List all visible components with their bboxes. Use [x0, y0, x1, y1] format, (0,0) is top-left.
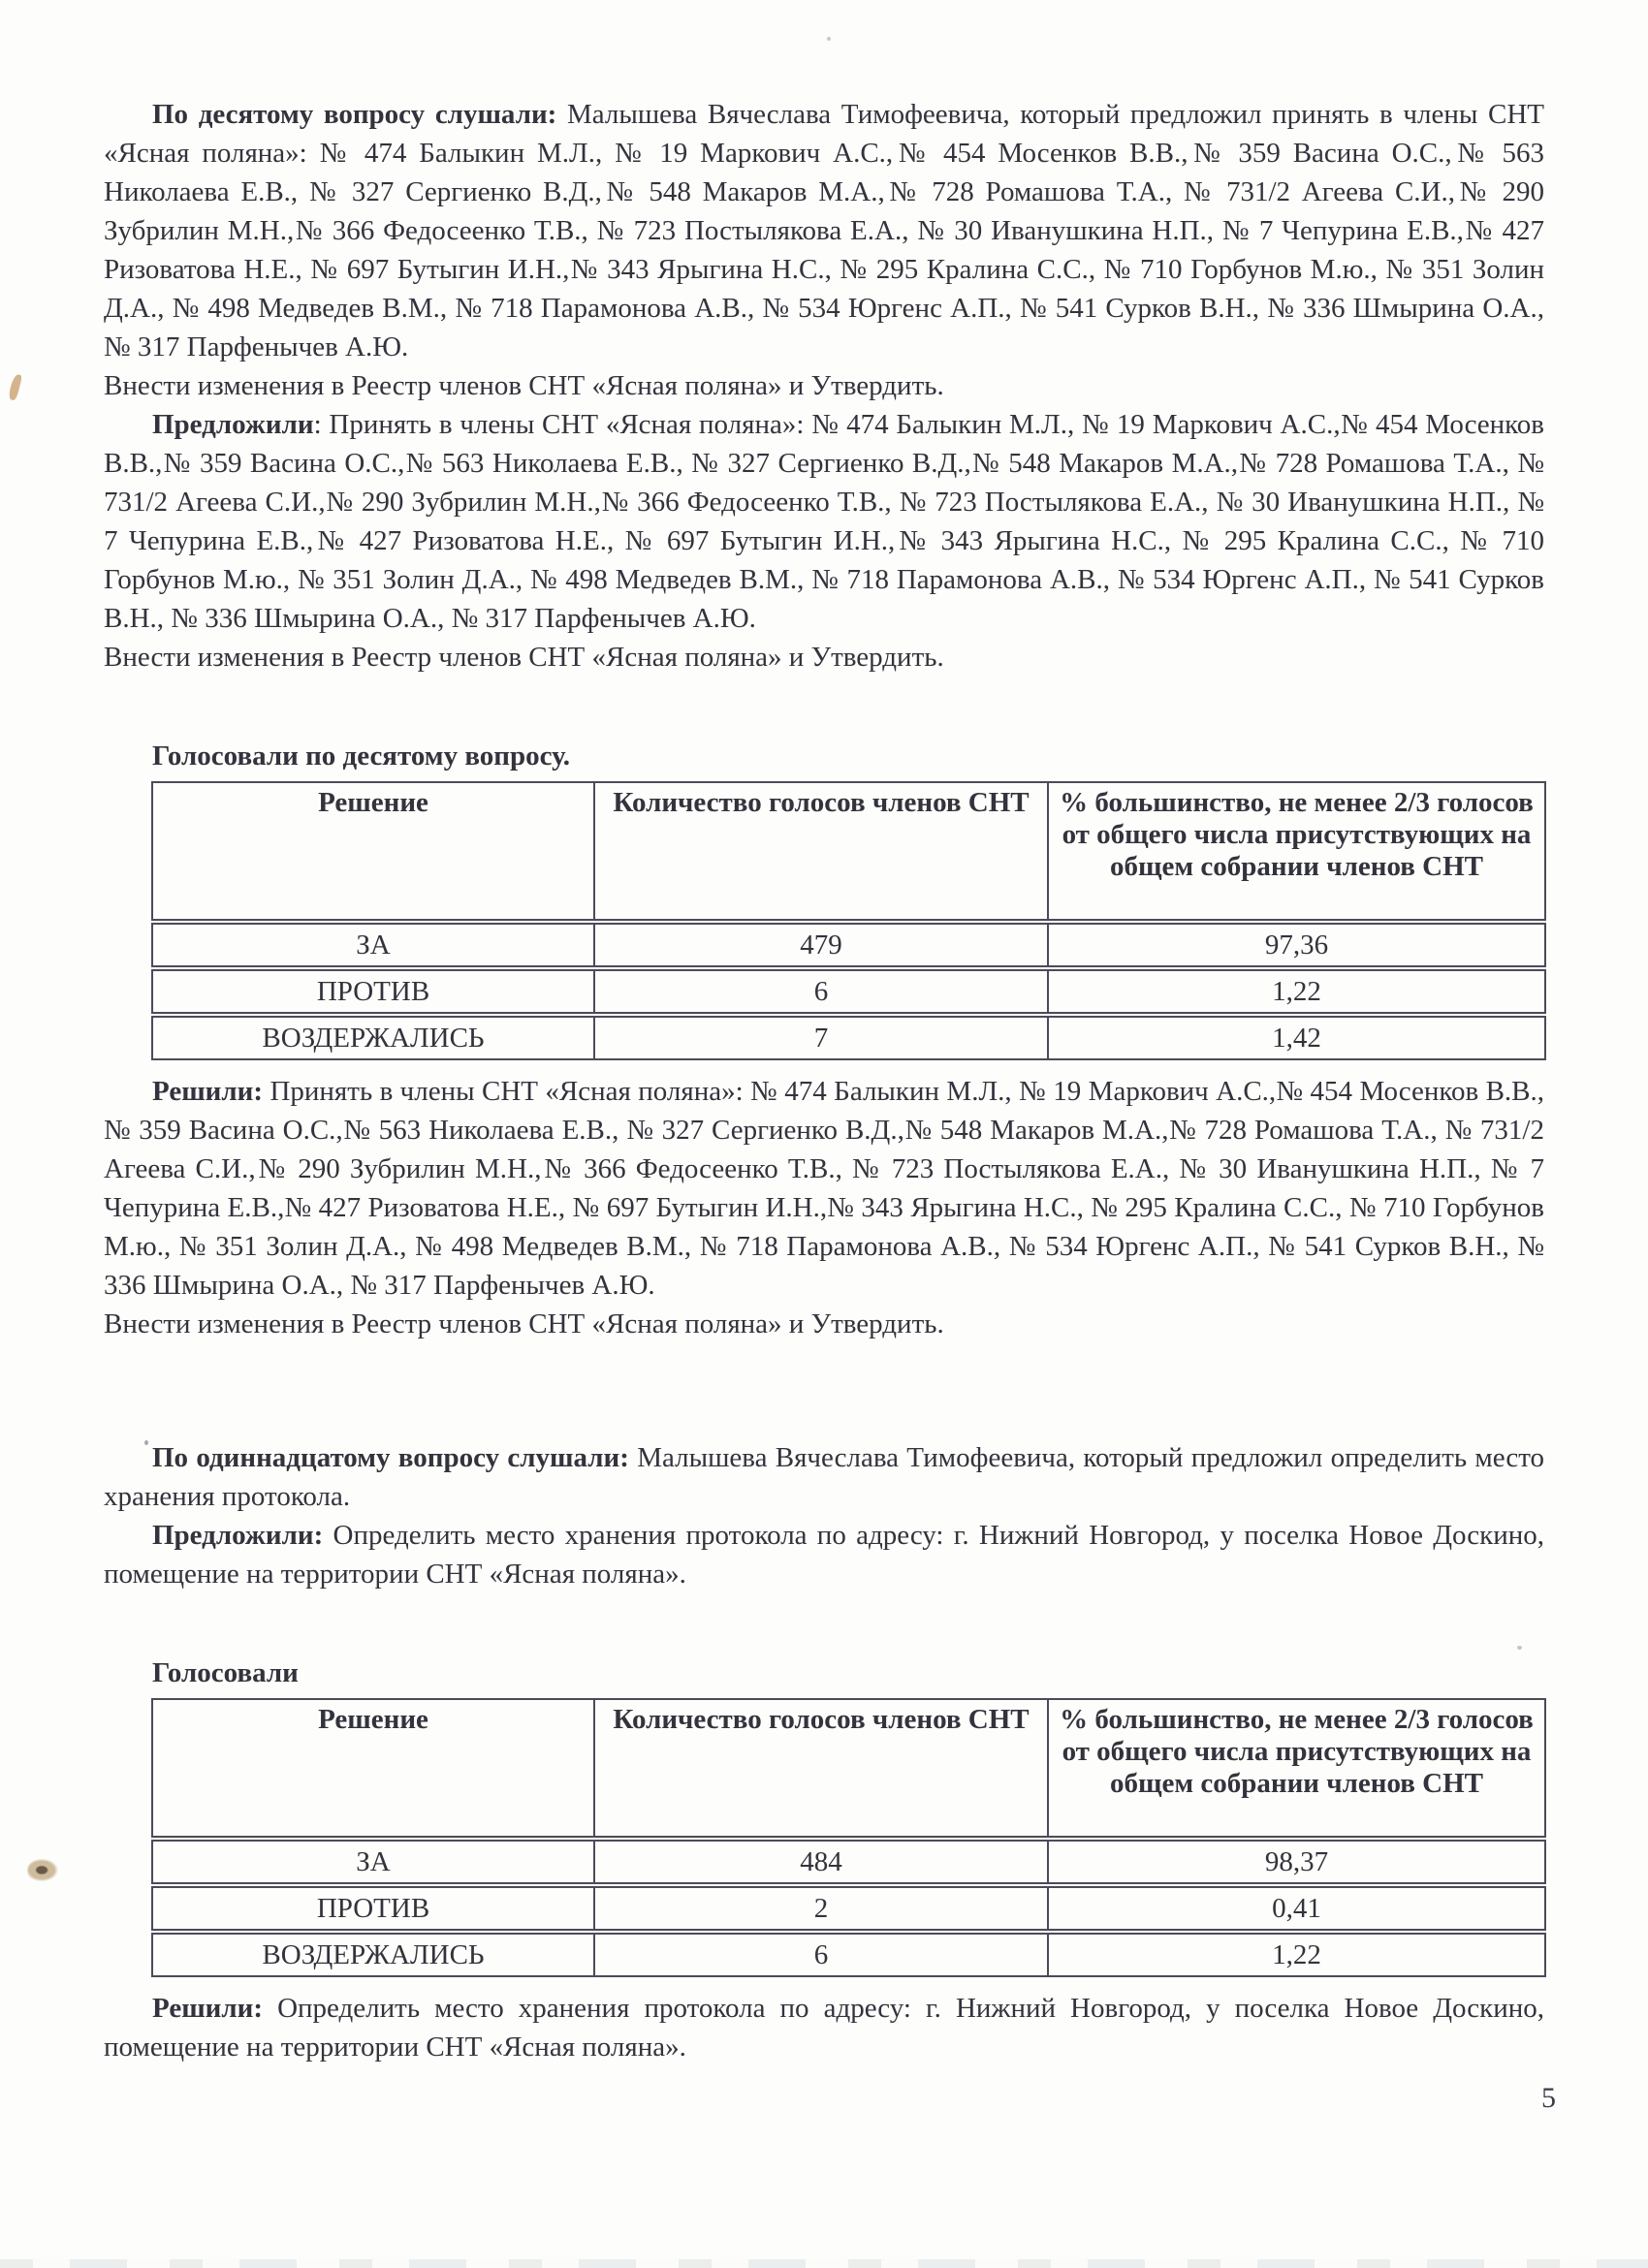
q10-amend-line-1: Внести изменения в Реестр членов СНТ «Яс…: [104, 366, 1544, 405]
vote-count-cell: 2: [594, 1885, 1048, 1932]
q10-decided-text: Принять в члены СНТ «Ясная поляна»: № 47…: [104, 1076, 1544, 1301]
vote-count-cell: 7: [594, 1015, 1048, 1059]
col-header-decision: Решение: [152, 1699, 594, 1839]
scan-artifact-dot: [1517, 1646, 1522, 1650]
col-header-majority-percent: % большинство, не менее 2/3 голосов от о…: [1048, 782, 1545, 922]
table-row: ВОЗДЕРЖАЛИСЬ 7 1,42: [152, 1015, 1545, 1059]
scan-artifact-mark: [8, 373, 22, 400]
q10-proposed-text: : Принять в члены СНТ «Ясная поляна»: № …: [104, 409, 1544, 634]
q10-amend-line-3: Внести изменения в Реестр членов СНТ «Яс…: [104, 1305, 1544, 1343]
scan-artifact-dot: [827, 37, 831, 41]
document-page: По десятому вопросу слушали: Малышева Вя…: [0, 0, 1648, 2268]
table-header-row: Решение Количество голосов членов СНТ % …: [152, 782, 1545, 922]
q11-decided-lead: Решили:: [152, 1993, 263, 2024]
q10-vote-heading: Голосовали по десятому вопросу.: [104, 737, 1544, 775]
q10-proposed-lead: Предложили: [152, 409, 314, 440]
document-content: По десятому вопросу слушали: Малышева Вя…: [104, 58, 1544, 2066]
table-row: ПРОТИВ 2 0,41: [152, 1885, 1545, 1932]
q11-vote-heading: Голосовали: [104, 1654, 1544, 1692]
table-row: ЗА 484 98,37: [152, 1839, 1545, 1885]
table-row: ЗА 479 97,36: [152, 922, 1545, 968]
vote-table-q11: Решение Количество голосов членов СНТ % …: [151, 1698, 1546, 1977]
scan-edge-noise: [0, 2259, 1648, 2268]
vote-count-cell: 479: [594, 922, 1048, 968]
q10-decided-paragraph: Решили: Принять в члены СНТ «Ясная полян…: [104, 1072, 1544, 1305]
q10-decided-lead: Решили:: [152, 1076, 263, 1107]
q10-heard-text: Малышева Вячеслава Тимофеевича, который …: [104, 99, 1544, 362]
section-gap: [104, 1593, 1544, 1654]
q10-heard-lead: По десятому вопросу слушали:: [152, 99, 556, 130]
vote-option-cell: ЗА: [152, 922, 594, 968]
vote-count-cell: 6: [594, 968, 1048, 1015]
table-row: ВОЗДЕРЖАЛИСЬ 6 1,22: [152, 1932, 1545, 1976]
q11-proposed-lead: Предложили:: [152, 1520, 323, 1551]
q11-decided-paragraph: Решили: Определить место хранения проток…: [104, 1989, 1544, 2066]
q11-heard-lead: По одиннадцатому вопросу слушали:: [152, 1442, 629, 1473]
table-header-row: Решение Количество голосов членов СНТ % …: [152, 1699, 1545, 1839]
col-header-vote-count: Количество голосов членов СНТ: [594, 782, 1048, 922]
q10-amend-line-2: Внести изменения в Реестр членов СНТ «Яс…: [104, 638, 1544, 677]
vote-option-cell: ВОЗДЕРЖАЛИСЬ: [152, 1932, 594, 1976]
page-number: 5: [1541, 2082, 1556, 2115]
q10-proposed-paragraph: Предложили: Принять в члены СНТ «Ясная п…: [104, 405, 1544, 638]
col-header-decision: Решение: [152, 782, 594, 922]
vote-table-q10: Решение Количество голосов членов СНТ % …: [151, 781, 1546, 1060]
top-margin: [104, 58, 1544, 95]
vote-percent-cell: 0,41: [1048, 1885, 1545, 1932]
col-header-vote-count: Количество голосов членов СНТ: [594, 1699, 1048, 1839]
vote-percent-cell: 1,22: [1048, 1932, 1545, 1976]
section-gap: [104, 1343, 1544, 1438]
vote-option-cell: ЗА: [152, 1839, 594, 1885]
table-row: ПРОТИВ 6 1,22: [152, 968, 1545, 1015]
vote-count-cell: 484: [594, 1839, 1048, 1885]
col-header-majority-percent: % большинство, не менее 2/3 голосов от о…: [1048, 1699, 1545, 1839]
vote-option-cell: ПРОТИВ: [152, 968, 594, 1015]
section-gap: [104, 677, 1544, 737]
q11-proposed-paragraph: Предложили: Определить место хранения пр…: [104, 1516, 1544, 1593]
vote-percent-cell: 1,22: [1048, 968, 1545, 1015]
vote-option-cell: ПРОТИВ: [152, 1885, 594, 1932]
vote-percent-cell: 97,36: [1048, 922, 1545, 968]
vote-count-cell: 6: [594, 1932, 1048, 1976]
vote-percent-cell: 98,37: [1048, 1839, 1545, 1885]
vote-percent-cell: 1,42: [1048, 1015, 1545, 1059]
q11-decided-text: Определить место хранения протокола по а…: [104, 1993, 1544, 2063]
q10-heard-paragraph: По десятому вопросу слушали: Малышева Вя…: [104, 95, 1544, 366]
scan-artifact-speck: [27, 1857, 62, 1884]
vote-option-cell: ВОЗДЕРЖАЛИСЬ: [152, 1015, 594, 1059]
q11-heard-paragraph: По одиннадцатому вопросу слушали: Малыше…: [104, 1438, 1544, 1516]
scan-artifact-dot: [144, 1440, 148, 1445]
